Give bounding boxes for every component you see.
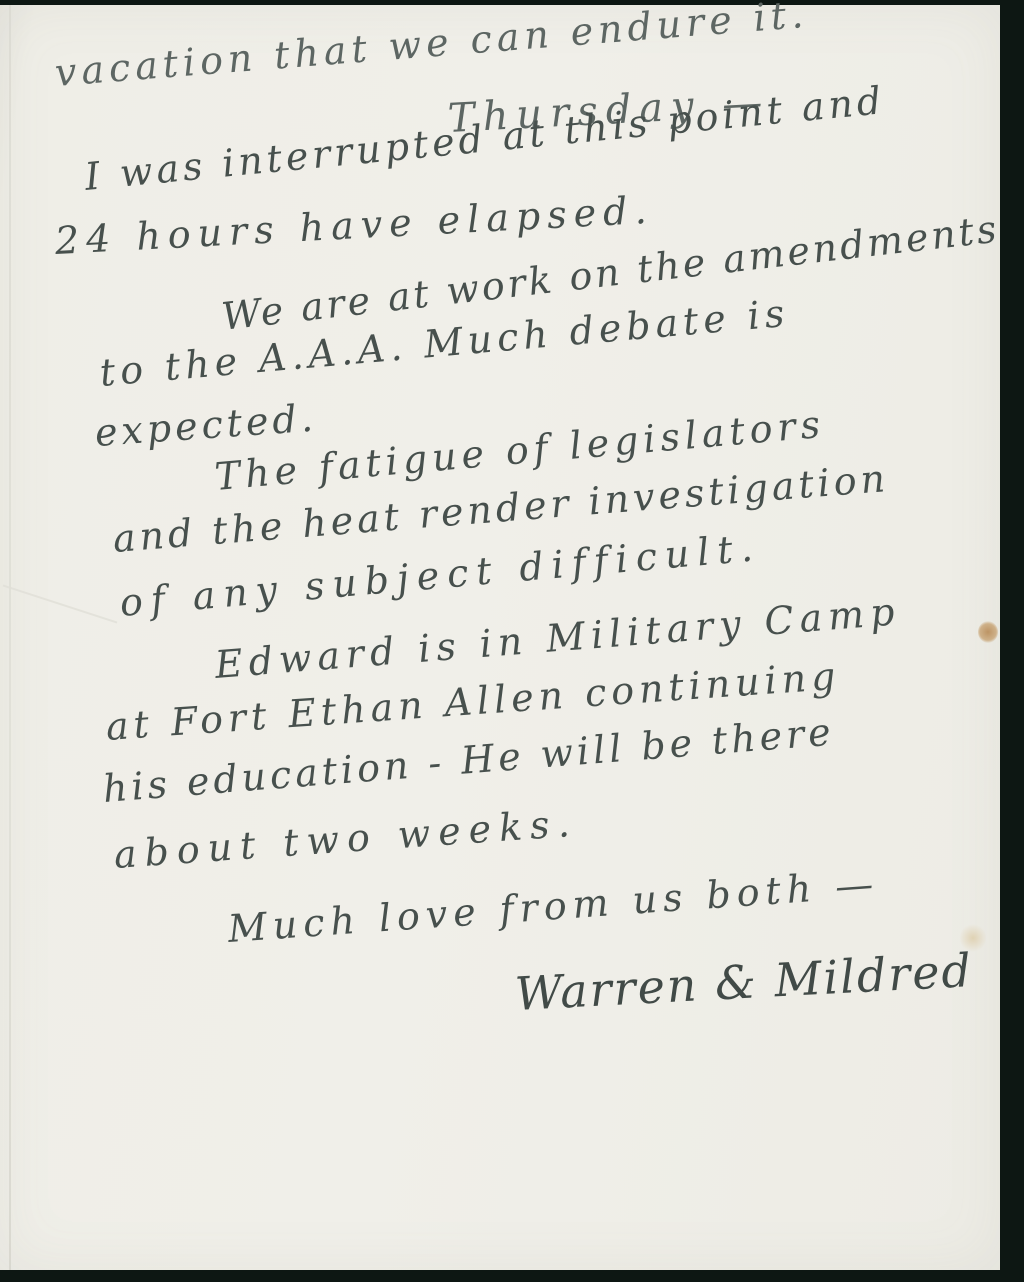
letter-paper: vacation that we can endure it. Thursday… [0, 5, 1000, 1270]
paper-stain [978, 621, 998, 643]
letter-line: 24 hours have elapsed. [54, 190, 655, 263]
letter-line: vacation that we can endure it. [53, 0, 809, 95]
letter-line: expected. [94, 398, 319, 455]
paper-crease [9, 5, 11, 1270]
letter-line: Much love from us both — [227, 864, 881, 951]
scanned-letter: vacation that we can endure it. Thursday… [0, 0, 1024, 1282]
signature: Warren & Mildred [514, 945, 974, 1020]
letter-line: about two weeks. [113, 803, 579, 877]
paper-fold [3, 585, 118, 624]
